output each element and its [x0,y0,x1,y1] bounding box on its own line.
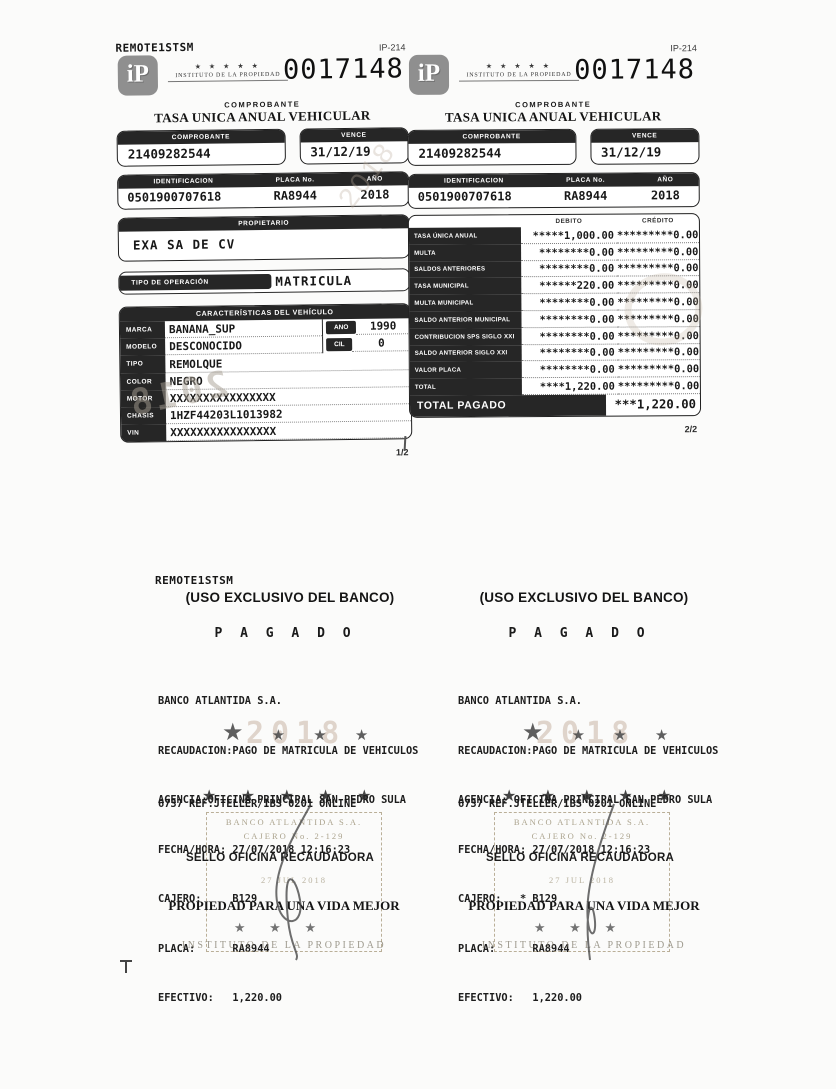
row-label: VALOR PLACA [410,362,522,379]
receipt-number: 0017148 [283,53,404,85]
bank-line: BANCO ATLANTIDA S.A. [158,693,418,710]
propietario-field: PROPIETARIO EXA SA DE CV [118,214,411,262]
debito-value: ****1,220.00 [522,378,618,395]
signature [254,802,340,962]
stars-icon: ★ ★ ★ ★ ★ [459,62,579,71]
debito-value: ******220.00 [521,277,617,294]
identification-field: IDENTIFICACION PLACA No. AÑO 05019007076… [408,172,700,209]
bank-line: EFECTIVO: 1,220.00 [458,990,718,1007]
tipo-label: TIPO [120,356,165,374]
title-block: COMPROBANTE TASA UNICA ANUAL VEHICULAR [407,99,699,126]
row-label: MULTA MUNICIPAL [409,294,521,311]
bank-stamp-left: (USO EXCLUSIVO DEL BANCO) P A G A D O BA… [150,590,450,975]
row-label: SALDO ANTERIOR MUNICIPAL [409,311,521,328]
bank-use-header: (USO EXCLUSIVO DEL BANCO) [450,590,718,605]
debito-value: ********0.00 [521,311,617,328]
debito-value: ********0.00 [522,344,618,361]
comprobante-value: 21409282544 [408,143,575,165]
identificacion-value: 0501900707618 [409,189,540,204]
debito-header: DEBITO [521,217,617,225]
identificacion-label: IDENTIFICACION [118,177,249,186]
scan-artifact [120,960,132,962]
terminal-id: REMOTE1STSM [115,41,194,55]
table-row: TASA ÚNICA ANUAL *****1,000.00 *********… [409,226,699,245]
debito-value: ********0.00 [522,361,618,378]
placa-value: RA8944 [249,188,342,203]
color-label: COLOR [120,373,165,391]
row-label: MULTA [409,244,521,261]
bank-stamp-right: (USO EXCLUSIVO DEL BANCO) P A G A D O BA… [450,590,738,975]
credito-value: *********0.00 [617,226,701,243]
row-label: TASA MUNICIPAL [409,278,521,295]
page-marker: 2/2 [409,424,701,436]
page-marker: 1/2 [120,448,412,462]
debito-value: *****1,000.00 [521,227,617,244]
form-code: IP-214 [379,42,406,52]
comprobante-field: COMPROBANTE 21409282544 [407,129,576,166]
cil-value: 0 [353,337,411,353]
row-label: TOTAL [410,378,522,395]
motor-label: MOTOR [121,390,166,408]
propietario-value: EXA SA DE CV [119,228,409,261]
total-pagado-row: TOTAL PAGADO ***1,220.00 [410,394,700,417]
institute-name: INSTITUTO DE LA PROPIEDAD [459,72,579,82]
table-row: TOTAL ****1,220.00 *********0.00 [410,377,700,396]
ano-value: 2018 [632,188,699,202]
bank-line: BANCO ATLANTIDA S.A. [458,693,718,710]
signature [554,802,640,962]
identificacion-value: 0501900707618 [118,189,249,205]
credito-value: *********0.00 [618,377,701,394]
institute-name: INSTITUTO DE LA PROPIEDAD [168,72,288,82]
debito-value: ********0.00 [521,294,617,311]
receipt-page-2: IP-214 iP ★ ★ ★ ★ ★ INSTITUTO DE LA PROP… [407,41,701,436]
cil-label: CIL [326,338,353,351]
terminal-id: REMOTE1STSM [155,574,233,587]
pagado-status: P A G A D O [150,626,420,641]
stars-icon: ★ ★ ★ ★ ★ [168,62,288,71]
marca-label: MARCA [120,321,165,339]
table-row: MULTA ********0.00 *********0.00 [409,243,699,262]
modelo-label: MODELO [120,338,165,356]
vin-label: VIN [121,424,166,442]
credito-value: *********0.00 [618,360,701,377]
vence-label: VENCE [300,128,408,142]
comprobante-label: COMPROBANTE [408,130,575,144]
comprobante-value: 21409282544 [118,143,285,166]
receipt-page-1: REMOTE1STSM IP-214 iP ★ ★ ★ ★ ★ INSTITUT… [115,40,412,461]
tipo-operacion-field: TIPO DE OPERACIÓN MATRICULA [118,268,410,295]
tipo-operacion-label: TIPO DE OPERACIÓN [119,274,271,291]
ano-label: AÑO [632,176,699,183]
vin-value: XXXXXXXXXXXXXXXX [166,421,411,441]
pagado-status: P A G A D O [450,626,708,641]
debito-value: ********0.00 [522,327,618,344]
total-pagado-value: ***1,220.00 [606,394,700,416]
row-label: SALDOS ANTERIORES [409,261,521,278]
table-row: VALOR PLACA ********0.00 *********0.00 [410,360,700,379]
debito-value: ********0.00 [521,260,617,277]
ano-vehicle-value: 1990 [356,319,410,335]
credito-value: *********0.00 [617,243,701,260]
bank-line: EFECTIVO: 1,220.00 [158,990,418,1007]
row-label: CONTRIBUCION SPS SIGLO XXI [410,328,522,345]
receipt-header: IP-214 iP ★ ★ ★ ★ ★ INSTITUTO DE LA PROP… [407,41,699,101]
comprobante-field: COMPROBANTE 21409282544 [117,129,286,167]
table-row: VIN XXXXXXXXXXXXXXXX [121,421,411,442]
ip-logo-icon: iP [409,55,449,95]
placa-value: RA8944 [539,189,632,204]
stamp-stars-icon: ★ ★ ★ ★ [522,718,680,747]
ano-vehicle-label: ANO [326,321,357,334]
title-block: COMPROBANTE TASA UNICA ANUAL VEHICULAR [116,98,408,127]
institute-block: ★ ★ ★ ★ ★ INSTITUTO DE LA PROPIEDAD [168,62,288,82]
modelo-value: DESCONOCIDO [165,336,322,355]
credito-value: *********0.00 [618,344,701,361]
placa-label: PLACA No. [539,177,632,185]
row-label: SALDO ANTERIOR SIGLO XXI [410,345,522,362]
table-row: SALDO ANTERIOR SIGLO XXI ********0.00 **… [410,344,700,363]
bank-use-header: (USO EXCLUSIVO DEL BANCO) [150,590,430,605]
vence-field: VENCE 31/12/19 [590,128,700,165]
placa-label: PLACA No. [249,176,342,184]
vence-value: 31/12/19 [591,142,699,164]
stamp-stars-icon: ★ ★ ★ ★ [222,718,380,747]
ip-logo-icon: iP [118,55,158,95]
row-label: TASA ÚNICA ANUAL [409,227,521,244]
marca-value: BANANA_SUP [165,319,322,338]
identificacion-label: IDENTIFICACION [409,177,540,185]
debito-value: ********0.00 [521,243,617,260]
receipt-number: 0017148 [574,54,695,86]
total-pagado-label: TOTAL PAGADO [410,395,606,417]
receipt-header: REMOTE1STSM IP-214 iP ★ ★ ★ ★ ★ INSTITUT… [115,40,408,102]
receipt-title: TASA UNICA ANUAL VEHICULAR [407,108,699,126]
institute-block: ★ ★ ★ ★ ★ INSTITUTO DE LA PROPIEDAD [459,62,579,82]
form-code: IP-214 [670,43,697,53]
receipt-title: TASA UNICA ANUAL VEHICULAR [116,107,408,127]
chasis-label: CHASIS [121,407,166,425]
tipo-operacion-value: MATRICULA [275,273,352,289]
vehicle-characteristics: CARACTERÍSTICAS DEL VEHÍCULO MARCA BANAN… [119,303,413,443]
credito-header: CRÉDITO [617,217,699,225]
vence-label: VENCE [591,129,699,143]
